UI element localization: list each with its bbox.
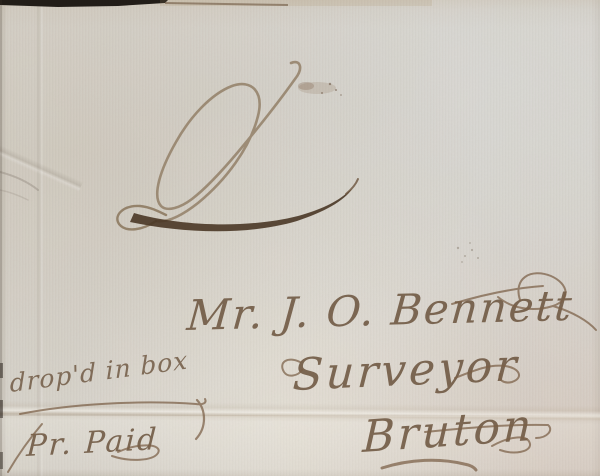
letter-photo: Mr. J. O. Bennett Surveyor Bruton drop'd…: [0, 0, 600, 476]
annotation-line2: Pr. Paid: [25, 422, 159, 464]
ink-smudge: [298, 82, 342, 96]
address-line2: Surveyor: [291, 340, 521, 401]
rate-marking-2-ink: [117, 62, 358, 231]
annotation-line1: drop'd in box: [9, 345, 188, 398]
address-line3: Bruton: [361, 400, 536, 463]
handwriting-layer: Mr. J. O. Bennett Surveyor Bruton drop'd…: [0, 0, 600, 476]
left-crease-marks: [0, 172, 38, 200]
